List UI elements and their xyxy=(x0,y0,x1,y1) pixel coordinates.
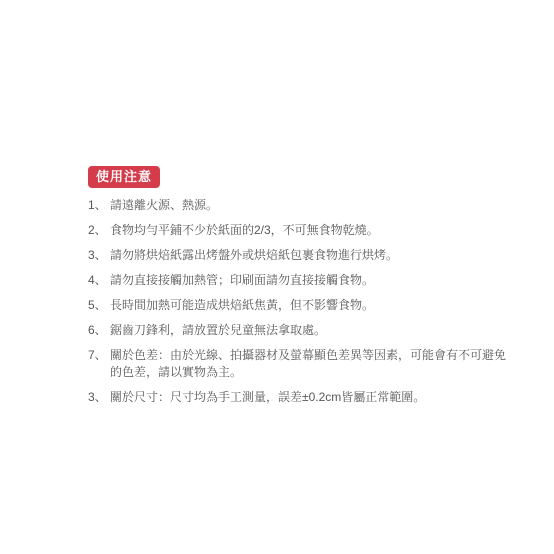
notice-item: 7、 關於色差：由於光線、拍攝器材及螢幕顯色差異等因素，可能會有不可避免的色差，… xyxy=(88,347,516,381)
notice-item-text: 關於尺寸：尺寸均為手工測量，誤差±0.2cm皆屬正常範圍。 xyxy=(110,389,510,406)
notice-item-number: 2、 xyxy=(88,222,110,239)
notice-item: 2、 食物均勻平鋪不少於紙面的2/3，不可無食物乾燒。 xyxy=(88,222,516,239)
notice-item-number: 4、 xyxy=(88,272,110,289)
usage-notice-list: 1、 請遠離火源、熱源。 2、 食物均勻平鋪不少於紙面的2/3，不可無食物乾燒。… xyxy=(88,197,516,406)
notice-item-text: 請勿直接接觸加熱管；印刷面請勿直接接觸食物。 xyxy=(110,272,510,289)
notice-item: 6、 鋸齒刀鋒利，請放置於兒童無法拿取處。 xyxy=(88,322,516,339)
notice-item-text: 關於色差：由於光線、拍攝器材及螢幕顯色差異等因素，可能會有不可避免的色差，請以實… xyxy=(110,347,510,381)
notice-item: 1、 請遠離火源、熱源。 xyxy=(88,197,516,214)
notice-item-number: 3、 xyxy=(88,247,110,264)
notice-item-number: 3、 xyxy=(88,389,110,406)
usage-notice-badge: 使用注意 xyxy=(88,166,160,188)
notice-item: 3、 請勿將烘焙紙露出烤盤外或烘焙紙包裹食物進行烘烤。 xyxy=(88,247,516,264)
notice-item-number: 7、 xyxy=(88,347,110,364)
notice-item-text: 食物均勻平鋪不少於紙面的2/3，不可無食物乾燒。 xyxy=(110,222,510,239)
notice-item-text: 鋸齒刀鋒利，請放置於兒童無法拿取處。 xyxy=(110,322,510,339)
usage-notice-section: 使用注意 1、 請遠離火源、熱源。 2、 食物均勻平鋪不少於紙面的2/3，不可無… xyxy=(88,166,516,414)
notice-item: 4、 請勿直接接觸加熱管；印刷面請勿直接接觸食物。 xyxy=(88,272,516,289)
notice-item: 3、 關於尺寸：尺寸均為手工測量，誤差±0.2cm皆屬正常範圍。 xyxy=(88,389,516,406)
notice-item-text: 請遠離火源、熱源。 xyxy=(110,197,510,214)
notice-item-text: 長時間加熱可能造成烘焙紙焦黃，但不影響食物。 xyxy=(110,297,510,314)
notice-item-number: 6、 xyxy=(88,322,110,339)
notice-item: 5、 長時間加熱可能造成烘焙紙焦黃，但不影響食物。 xyxy=(88,297,516,314)
notice-item-number: 5、 xyxy=(88,297,110,314)
notice-item-text: 請勿將烘焙紙露出烤盤外或烘焙紙包裹食物進行烘烤。 xyxy=(110,247,510,264)
notice-item-number: 1、 xyxy=(88,197,110,214)
